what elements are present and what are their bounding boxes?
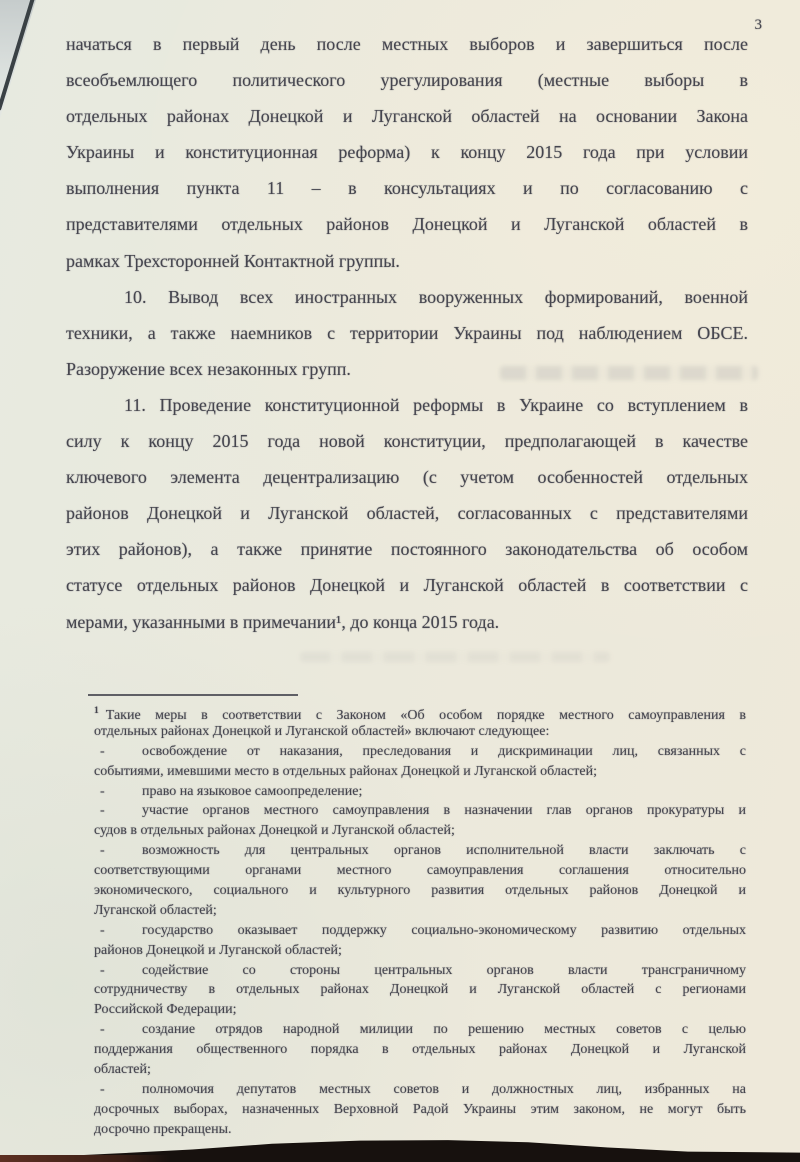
footnote-separator-rule — [88, 694, 298, 696]
footnote-line: Луганской областей; — [94, 901, 746, 921]
footnote-line-text: освобождение от наказания, преследования… — [142, 744, 746, 759]
footnote-line: -участие органов местного самоуправления… — [94, 801, 746, 821]
footnote-line-text: возможность для центральных органов испо… — [142, 843, 746, 858]
text-line: 11. Проведение конституционной реформы в… — [66, 387, 748, 423]
paragraph-9-continuation: начаться в первый день после местных выб… — [66, 26, 748, 279]
bullet-dash: - — [94, 801, 142, 821]
page-number: 3 — [755, 16, 763, 34]
footnote-line: поддержания общественного порядка в отде… — [94, 1040, 746, 1060]
footnote-line: досрочно прекращены. — [94, 1120, 746, 1140]
footnote-line: судов в отдельных районах Донецкой и Луг… — [94, 821, 746, 841]
table-edge-tint — [0, 1155, 170, 1162]
text-line: выполнения пункта 11 – в консультациях и… — [66, 170, 748, 206]
footnote-line: экономического, социального и культурног… — [94, 881, 746, 901]
bullet-dash: - — [94, 841, 142, 861]
bullet-dash: - — [94, 1080, 142, 1100]
paragraph-11: 11. Проведение конституционной реформы в… — [66, 387, 748, 640]
footnote-line: областей; — [94, 1060, 746, 1080]
bullet-dash: - — [94, 921, 142, 941]
bullet-dash: - — [94, 1020, 142, 1040]
text-line: рамках Трехсторонней Контактной группы. — [66, 243, 748, 279]
footnote-line: -полномочия депутатов местных советов и … — [94, 1080, 746, 1100]
text-line: статусе отдельных районов Донецкой и Луг… — [66, 567, 748, 603]
text-line: районов Донецкой и Луганской областей, с… — [66, 495, 748, 531]
footnote-line-text: создание отрядов народной милиции по реш… — [142, 1022, 746, 1037]
footnote-line: 1Такие меры в соответствии с Законом «Об… — [94, 702, 746, 722]
footnote-line: событиями, имевшими место в отдельных ра… — [94, 762, 746, 782]
bullet-dash: - — [94, 961, 142, 981]
footnote-marker: 1 — [94, 706, 99, 716]
footnote-line: досрочных выборах, назначенных Верховной… — [94, 1100, 746, 1120]
footnote-line-text: участие органов местного самоуправления … — [142, 803, 746, 818]
footnote-line-text: Такие меры в соответствии с Законом «Об … — [106, 708, 746, 723]
text-line: силу к концу 2015 года новой конституции… — [66, 423, 748, 459]
text-line: этих районов), а также принятие постоянн… — [66, 531, 748, 567]
footnote-line: соответствующими органами местного самоу… — [94, 861, 746, 881]
text-line: мерами, указанными в примечании¹, до кон… — [66, 604, 748, 640]
text-line: начаться в первый день после местных выб… — [66, 26, 748, 62]
footnote-line: -создание отрядов народной милиции по ре… — [94, 1020, 746, 1040]
footnote-line-text: полномочия депутатов местных советов и д… — [142, 1082, 746, 1097]
footnote-line: -возможность для центральных органов исп… — [94, 841, 746, 861]
text-line: техники, а также наемников с территории … — [66, 315, 748, 351]
ink-ghosting-smudge — [500, 366, 758, 380]
footnote-text: 1Такие меры в соответствии с Законом «Об… — [94, 702, 746, 1140]
footnote-line-text: государство оказывает поддержку социальн… — [142, 923, 746, 938]
footnote-line-text: содействие со стороны центральных органо… — [142, 963, 746, 978]
footnote-line: -право на языковое самоопределение; — [94, 782, 746, 802]
bullet-dash: - — [94, 782, 142, 802]
footnote-line: районов Донецкой и Луганской областей; — [94, 941, 746, 961]
body-text: начаться в первый день после местных выб… — [66, 26, 748, 640]
page-content: 3 начаться в первый день после местных в… — [0, 0, 800, 1162]
footnote-line: Российской Федерации; — [94, 1000, 746, 1020]
footnote-line: -освобождение от наказания, преследовани… — [94, 742, 746, 762]
ink-ghosting-smudge — [300, 652, 610, 662]
footnote-line: -государство оказывает поддержку социаль… — [94, 921, 746, 941]
text-line: отдельных районах Донецкой и Луганской о… — [66, 98, 748, 134]
document-photo: 3 начаться в первый день после местных в… — [0, 0, 800, 1162]
text-line: представителями отдельных районов Донецк… — [66, 206, 748, 242]
footnote-line: -содействие со стороны центральных орган… — [94, 961, 746, 981]
bullet-dash: - — [94, 742, 142, 762]
text-line: 10. Вывод всех иностранных вооруженных ф… — [66, 279, 748, 315]
text-line: ключевого элемента децентрализацию (с уч… — [66, 459, 748, 495]
text-line: Украины и конституционная реформа) к кон… — [66, 134, 748, 170]
text-line: всеобъемлющего политического урегулирова… — [66, 62, 748, 98]
footnote-line: отдельных районах Донецкой и Луганской о… — [94, 722, 746, 742]
footnote-line: сотрудничеству в отдельных районах Донец… — [94, 980, 746, 1000]
footnote-line-text: право на языковое самоопределение; — [142, 784, 362, 799]
